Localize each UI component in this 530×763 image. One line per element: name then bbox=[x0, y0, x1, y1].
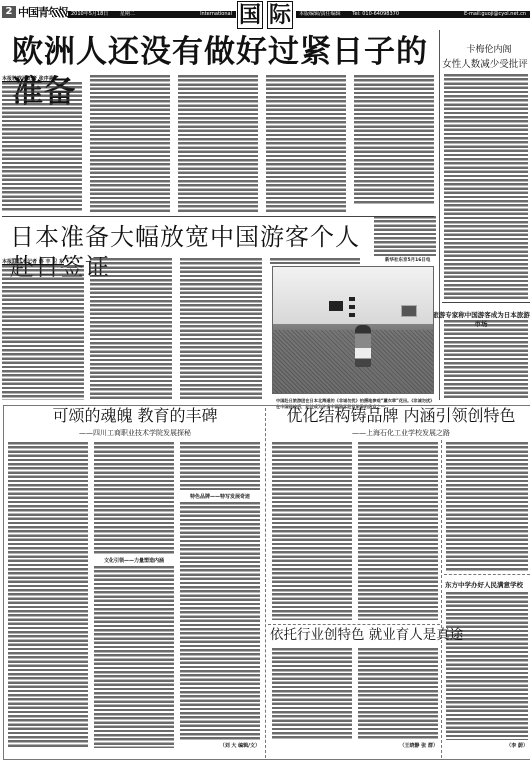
section-title-char-2: 际 bbox=[267, 1, 293, 29]
photo-person bbox=[355, 325, 371, 367]
article-japan-intro bbox=[374, 216, 436, 256]
sidebar-school-body bbox=[446, 592, 528, 740]
sidebar-school-headline: 东方中学办好人民满意学校 bbox=[438, 580, 530, 589]
feature-left-subheadline: ——四川工商职业技术学院发展探秘 bbox=[6, 428, 264, 438]
article-photo bbox=[272, 266, 434, 394]
byline-europe: 本报驻欧洲记者 张序斋 bbox=[2, 75, 54, 82]
dateline-japan: 新华社东京5月16日电 bbox=[385, 257, 430, 263]
editor-credit: 本版编辑/责任编辑 bbox=[299, 11, 341, 18]
photo-billboard bbox=[401, 305, 417, 317]
section-divider bbox=[2, 216, 434, 217]
sidebar-article-2-body bbox=[444, 320, 528, 400]
feature-bottom-col-2 bbox=[358, 648, 438, 740]
feature-bottom-headline: 依托行业创特色 就业育人是真途 bbox=[270, 626, 440, 644]
feature-left-col-1 bbox=[8, 442, 88, 748]
feature-left-col-3b bbox=[180, 502, 260, 740]
feature-left-col-3a bbox=[180, 442, 260, 490]
page-number: 2 bbox=[2, 6, 16, 18]
section-english: International bbox=[200, 11, 232, 18]
feature-right-col-3 bbox=[446, 442, 528, 572]
feature-right-col-2 bbox=[358, 442, 438, 620]
article-japan-col-4 bbox=[270, 258, 360, 264]
feature-right-signature: （王晓静 张 群） bbox=[358, 742, 438, 749]
article-europe-col-1 bbox=[2, 82, 82, 212]
byline-japan: 本报驻日本记者 蒋 丰 卫 东 bbox=[2, 258, 64, 265]
hatch-decoration bbox=[52, 10, 66, 17]
email: E-mail:guoji@cyol.net.cn bbox=[464, 11, 526, 18]
feature-left-signature: （刘 大 编辑/文） bbox=[180, 742, 260, 749]
photo-grass bbox=[273, 330, 433, 393]
feature-right-subheadline: ——上海石化工业学校发展之路 bbox=[272, 428, 530, 438]
masthead-bar-left: 2010年5月18日 星期二 International bbox=[68, 11, 236, 18]
sidebar-headline-line2: 女性人数减少受批评 bbox=[440, 59, 530, 71]
feature-right-divider bbox=[441, 440, 442, 758]
feature-right-headline: 优化结构铸品牌 内涵引领创特色 bbox=[272, 405, 530, 427]
feature-left-col-2a bbox=[94, 442, 174, 554]
article-europe-col-2 bbox=[90, 75, 170, 212]
feature-center-divider bbox=[265, 408, 266, 758]
phone: Tel: 010-64098370 bbox=[352, 11, 399, 18]
issue-weekday: 星期二 bbox=[120, 11, 135, 18]
article-europe-col-4 bbox=[266, 75, 346, 212]
feature-left-col-2b bbox=[94, 566, 174, 748]
photo-sign bbox=[329, 301, 343, 311]
issue-date: 2010年5月18日 bbox=[71, 11, 108, 18]
article-japan-col-2 bbox=[90, 258, 172, 400]
feature-left-section-2: 文化引领——力量塑造内涵 bbox=[94, 557, 174, 564]
article-europe-col-5 bbox=[354, 75, 434, 205]
photo-lighthouse bbox=[349, 297, 355, 319]
sidebar-school-signature: （李 蔚） bbox=[446, 742, 528, 749]
feature-right-col-1 bbox=[272, 442, 352, 620]
sidebar-rule bbox=[442, 302, 530, 303]
article-japan-col-1 bbox=[2, 265, 84, 400]
section-title-char-1: 国 bbox=[237, 1, 263, 29]
article-europe-col-3 bbox=[178, 75, 258, 212]
feature-left-section-1: 特色品牌——特写发展奇迹 bbox=[180, 493, 260, 500]
article-japan-col-3 bbox=[180, 258, 262, 400]
feature-bottom-rule bbox=[268, 624, 440, 625]
sidebar-headline-line1: 卡梅伦内阁 bbox=[448, 44, 530, 56]
sidebar-school-rule bbox=[444, 574, 530, 575]
sidebar-article-body bbox=[444, 74, 528, 300]
masthead-bar-right: 本版编辑/责任编辑 Tel: 010-64098370 E-mail:guoji… bbox=[296, 11, 530, 18]
sidebar-divider bbox=[439, 30, 440, 400]
feature-bottom-col-1 bbox=[272, 648, 352, 740]
feature-left-headline: 可颂的魂魄 教育的丰碑 bbox=[6, 405, 264, 427]
